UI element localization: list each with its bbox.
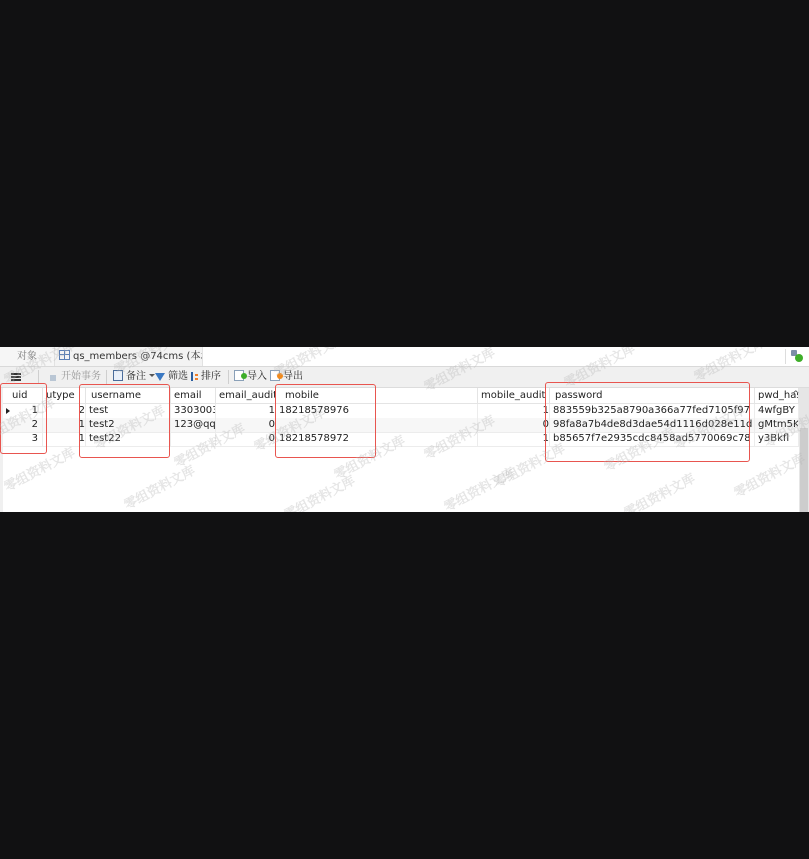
filter-button[interactable]: 筛选 xyxy=(155,367,188,387)
cell-utype[interactable]: 2 xyxy=(43,404,86,418)
divider xyxy=(785,349,786,364)
cell-email[interactable] xyxy=(171,432,216,446)
memo-label: 备注 xyxy=(126,371,146,382)
toolbar-separator xyxy=(228,370,229,384)
cell-pwd-hash[interactable]: 4wfgBY xyxy=(755,404,799,418)
export-label: 导出 xyxy=(283,371,303,382)
cell-uid[interactable]: 2 xyxy=(3,418,43,432)
cell-pwd-hash[interactable]: gMtm5K xyxy=(755,418,799,432)
cell-mobile[interactable]: 18218578976 xyxy=(276,404,478,418)
cell-mobile[interactable]: 18218578972 xyxy=(276,432,478,446)
column-header-utype[interactable]: utype xyxy=(43,388,86,403)
import-label: 导入 xyxy=(247,371,267,382)
connection-status-icon[interactable] xyxy=(791,350,803,362)
table-icon xyxy=(59,350,70,360)
begin-transaction-button[interactable]: 开始事务 xyxy=(50,367,101,387)
import-button[interactable]: 导入 xyxy=(234,367,267,387)
hamburger-icon[interactable] xyxy=(11,373,21,381)
export-icon xyxy=(270,370,280,381)
tab-qs-members[interactable]: qs_members @74cms (本地)... xyxy=(55,347,203,366)
tab-objects[interactable]: 对象 xyxy=(0,347,55,366)
cell-password[interactable]: 98fa8a7b4de8d3dae54d1116d028e11d xyxy=(550,418,755,432)
table-row[interactable]: 31test220182185789721b85657f7e2935cdc845… xyxy=(3,432,799,447)
cell-mobile[interactable] xyxy=(276,418,478,432)
cell-email-audit[interactable]: 1 xyxy=(216,404,276,418)
column-header-username[interactable]: username xyxy=(86,388,171,403)
toolbar-separator xyxy=(38,370,39,384)
cell-uid[interactable]: 3 xyxy=(3,432,43,446)
sort-icon xyxy=(190,372,198,381)
cell-password[interactable]: b85657f7e2935cdc8458ad5770069c78 xyxy=(550,432,755,446)
cell-uid[interactable]: 1 xyxy=(3,404,43,418)
table-row[interactable]: 12test330300341182185789761883559b325a87… xyxy=(3,404,799,419)
tab-bar: 对象 qs_members @74cms (本地)... xyxy=(0,347,809,367)
toolbar: 开始事务 备注 筛选 排序 导入 导出 xyxy=(0,367,809,388)
export-button[interactable]: 导出 xyxy=(270,367,303,387)
cell-email[interactable]: 33030034 xyxy=(171,404,216,418)
vertical-scrollbar[interactable] xyxy=(799,388,809,512)
grid-header: uidutypeusernameemailemail_auditmobilemo… xyxy=(3,388,799,404)
toolbar-separator xyxy=(106,370,107,384)
column-header-password[interactable]: password xyxy=(550,388,755,403)
cell-utype[interactable]: 1 xyxy=(43,432,86,446)
cell-email[interactable]: 123@qq. xyxy=(171,418,216,432)
cell-mobile-audit[interactable]: 1 xyxy=(478,432,550,446)
navicat-table-window: 对象 qs_members @74cms (本地)... 开始事务 备注 筛选 … xyxy=(0,347,809,512)
memo-button[interactable]: 备注 xyxy=(113,367,155,387)
column-header-email[interactable]: email xyxy=(171,388,216,403)
tab-qs-members-label: qs_members @74cms (本地)... xyxy=(73,351,203,362)
filter-icon xyxy=(155,373,165,381)
cell-username[interactable]: test22 xyxy=(86,432,171,446)
begin-transaction-label: 开始事务 xyxy=(61,371,101,382)
sort-label: 排序 xyxy=(201,371,221,382)
table-row[interactable]: 21test2123@qq.0098fa8a7b4de8d3dae54d1116… xyxy=(3,418,799,433)
filter-label: 筛选 xyxy=(168,371,188,382)
scrollbar-thumb[interactable] xyxy=(800,428,808,512)
cell-username[interactable]: test xyxy=(86,404,171,418)
import-icon xyxy=(234,370,244,381)
column-header-mobile-audit[interactable]: mobile_audit xyxy=(478,388,550,403)
cell-pwd-hash[interactable]: y3Bkfl xyxy=(755,432,799,446)
column-header-uid[interactable]: uid xyxy=(3,388,43,403)
cell-username[interactable]: test2 xyxy=(86,418,171,432)
cell-mobile-audit[interactable]: 0 xyxy=(478,418,550,432)
transaction-icon xyxy=(50,375,56,381)
column-header-email-audit[interactable]: email_audit xyxy=(216,388,276,403)
memo-icon xyxy=(113,370,123,381)
cell-email-audit[interactable]: 0 xyxy=(216,418,276,432)
column-header-mobile[interactable]: mobile xyxy=(276,388,478,403)
cell-password[interactable]: 883559b325a8790a366a77fed7105f97 xyxy=(550,404,755,418)
cell-mobile-audit[interactable]: 1 xyxy=(478,404,550,418)
cell-utype[interactable]: 1 xyxy=(43,418,86,432)
sort-button[interactable]: 排序 xyxy=(190,367,221,387)
data-grid[interactable]: uidutypeusernameemailemail_auditmobilemo… xyxy=(3,388,799,512)
cell-email-audit[interactable]: 0 xyxy=(216,432,276,446)
